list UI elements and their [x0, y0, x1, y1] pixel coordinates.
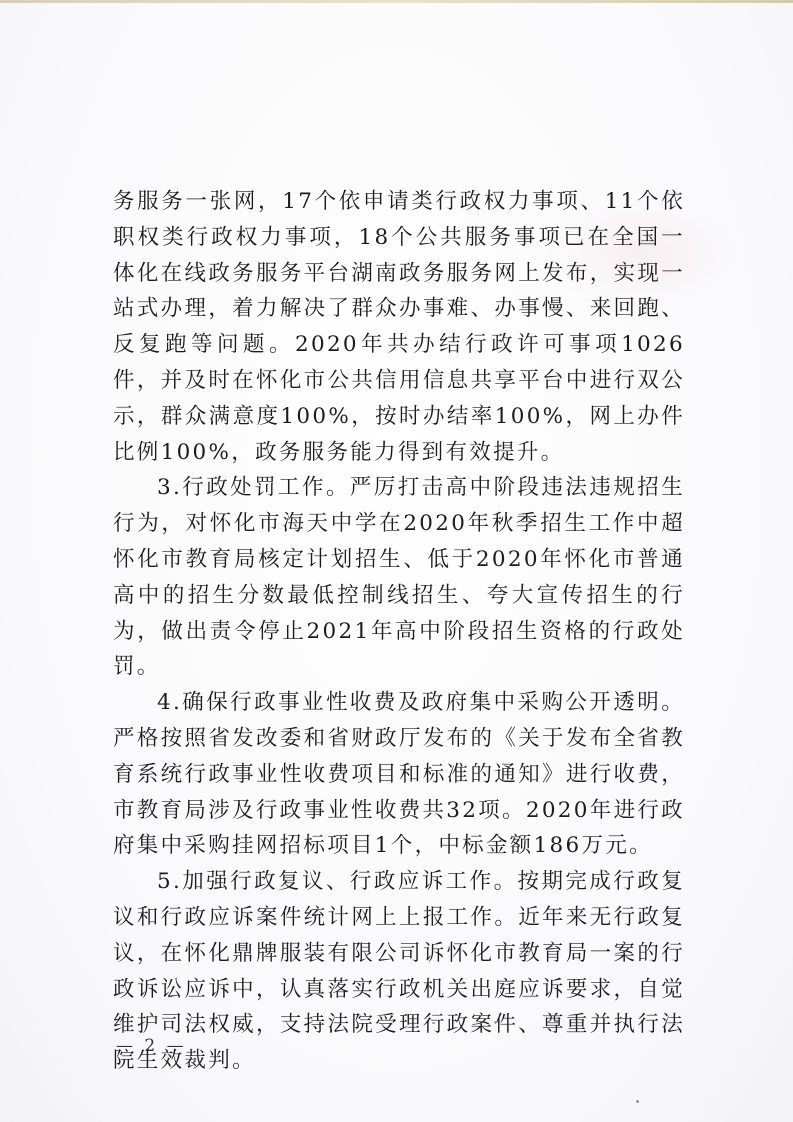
paragraph-fees-procurement: 4.确保行政事业性收费及政府集中采购公开透明。严格按照省发改委和省财政厅发布的《…: [113, 685, 685, 864]
page-number: — 2 —: [116, 1036, 187, 1056]
scan-speck: [432, 1022, 435, 1024]
paragraph-review-litigation: 5.加强行政复议、行政应诉工作。按期完成行政复议和行政应诉案件统计网上上报工作。…: [113, 864, 685, 1079]
paragraph-administrative-penalty: 3.行政处罚工作。严厉打击高中阶段违法违规招生行为，对怀化市海天中学在2020年…: [113, 470, 685, 685]
paragraph-government-services: 务服务一张网，17个依申请类行政权力事项、11个依职权类行政权力事项，18个公共…: [113, 184, 685, 470]
scan-speck: [494, 1021, 498, 1023]
scan-speck: [636, 1100, 639, 1103]
document-body: 务服务一张网，17个依申请类行政权力事项、11个依职权类行政权力事项，18个公共…: [113, 184, 685, 1079]
